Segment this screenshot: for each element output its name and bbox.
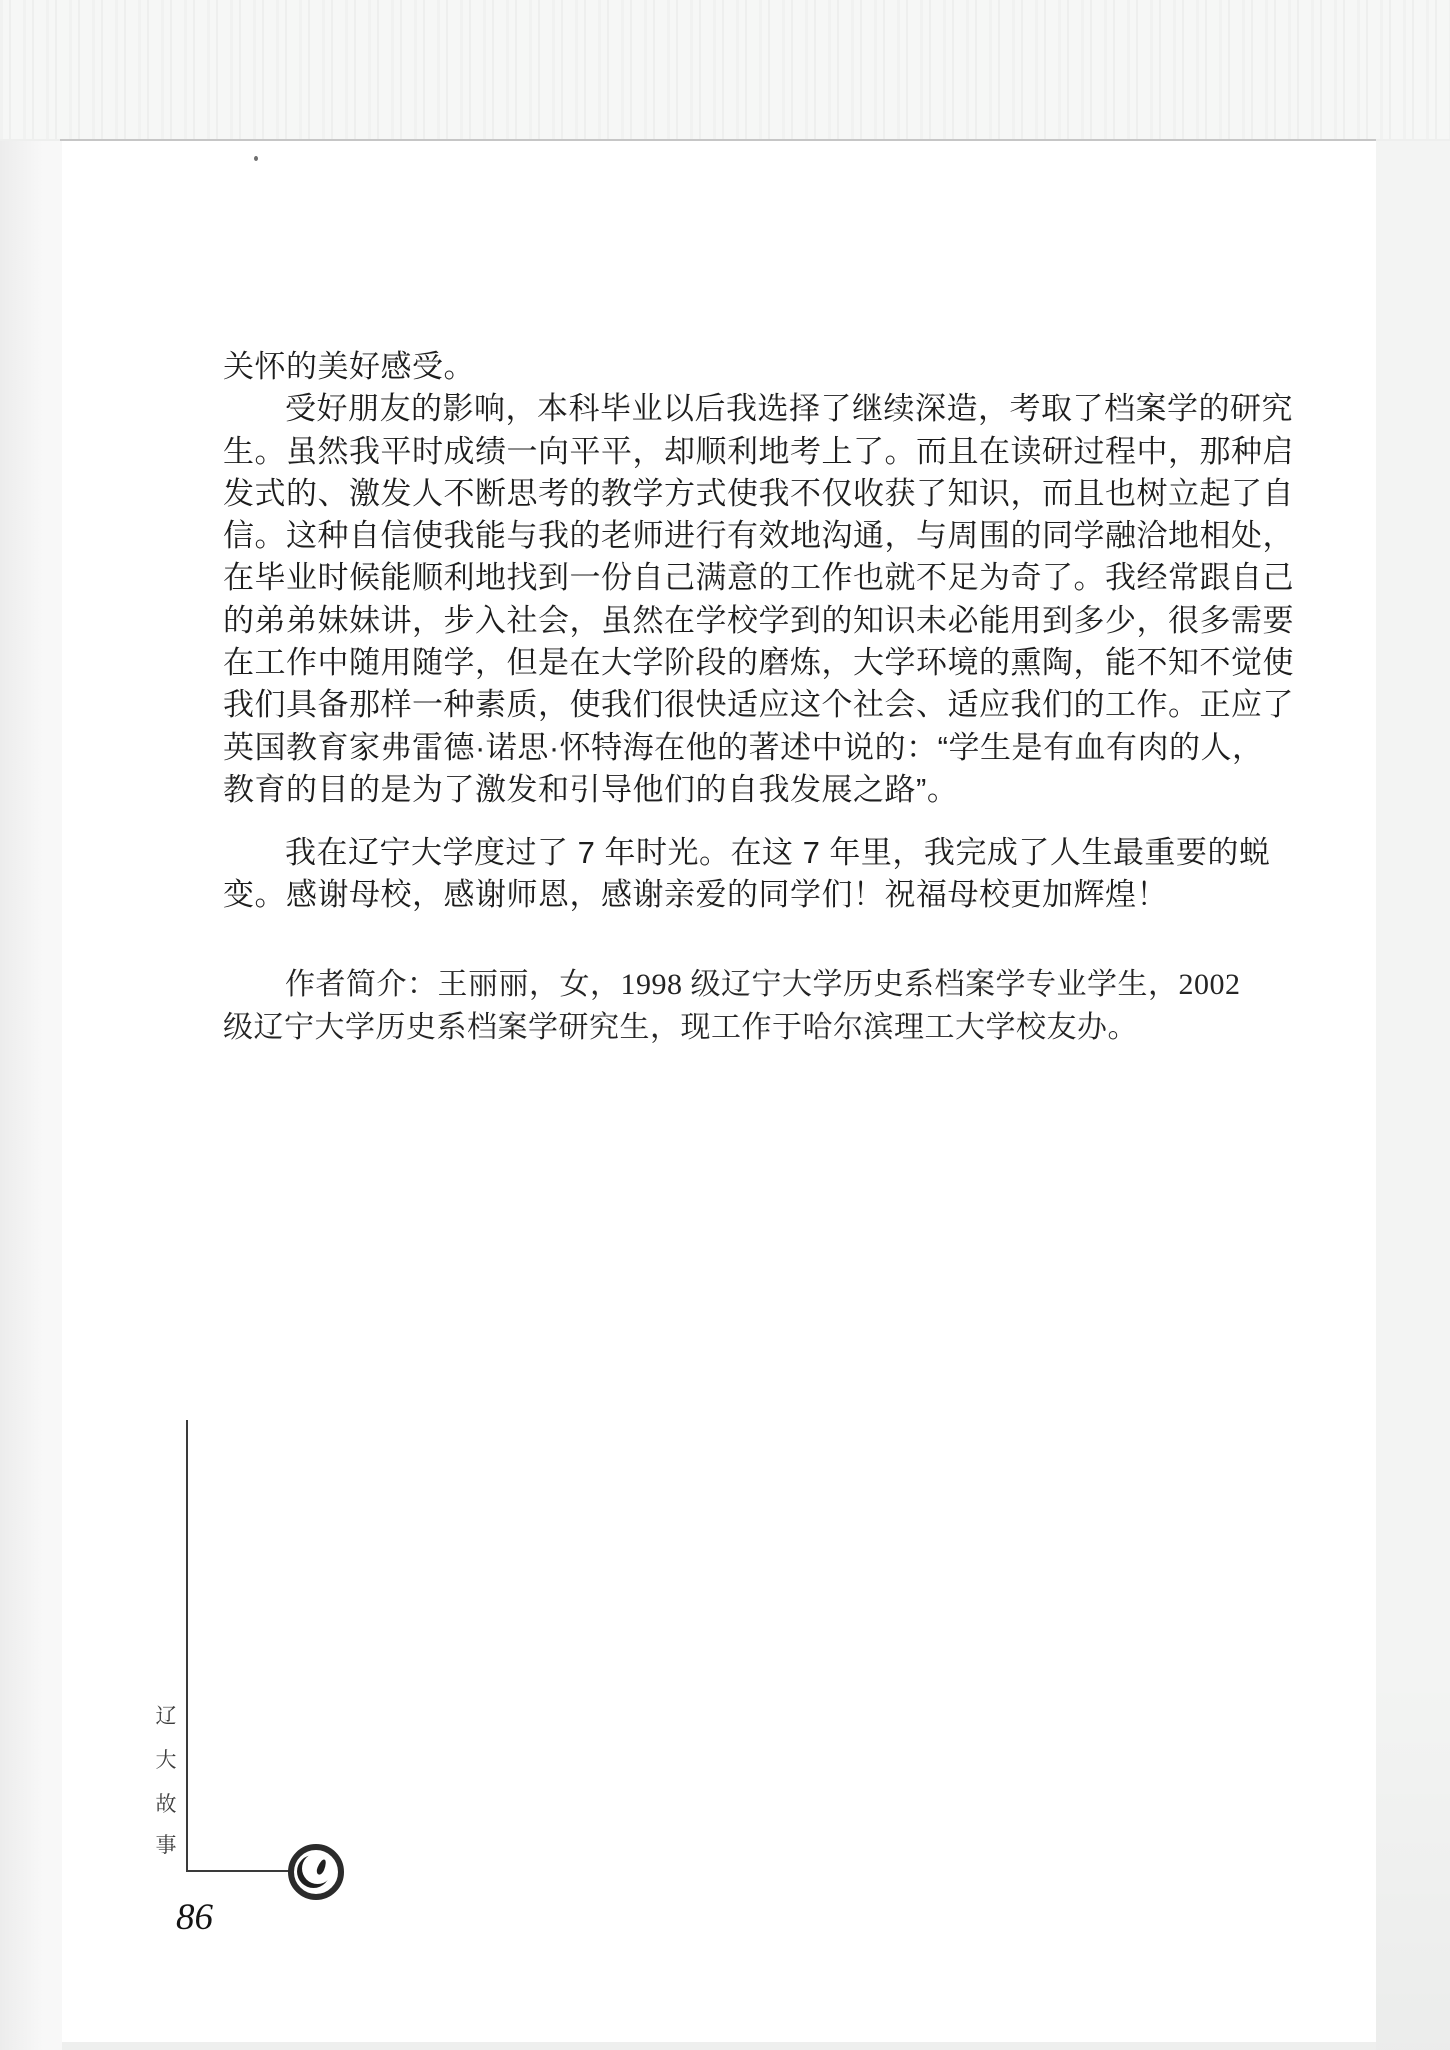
body-line: 信。这种自信使我能与我的老师进行有效地沟通，与周围的同学融洽地相处， bbox=[223, 515, 1258, 557]
series-title-char: 大 bbox=[150, 1746, 182, 1776]
body-line: 的弟弟妹妹讲，步入社会，虽然在学校学到的知识未必能用到多少，很多需要 bbox=[223, 600, 1258, 642]
margin-rule-vertical bbox=[186, 1420, 188, 1872]
scanner-edge-right bbox=[1376, 141, 1450, 2050]
crescent-seal-icon bbox=[288, 1844, 344, 1900]
body-text-block: 关怀的美好感受。 受好朋友的影响，本科毕业以后我选择了继续深造，考取了档案学的研… bbox=[223, 346, 1258, 916]
body-line: 变。感谢母校，感谢师恩，感谢亲爱的同学们！祝福母校更加辉煌！ bbox=[223, 874, 1258, 916]
body-line: 英国教育家弗雷德·诺思·怀特海在他的著述中说的：“学生是有血有肉的人， bbox=[223, 727, 1258, 769]
author-bio-line: 级辽宁大学历史系档案学研究生，现工作于哈尔滨理工大学校友办。 bbox=[223, 1007, 1258, 1050]
scanned-book-page-view: 关怀的美好感受。 受好朋友的影响，本科毕业以后我选择了继续深造，考取了档案学的研… bbox=[0, 0, 1450, 2050]
body-line: 受好朋友的影响，本科毕业以后我选择了继续深造，考取了档案学的研究 bbox=[223, 388, 1258, 430]
series-title-char: 事 bbox=[150, 1831, 182, 1861]
body-line: 生。虽然我平时成绩一向平平，却顺利地考上了。而且在读研过程中，那种启 bbox=[223, 431, 1258, 473]
body-line: 在毕业时候能顺利地找到一份自己满意的工作也就不足为奇了。我经常跟自己 bbox=[223, 557, 1258, 599]
body-line: 关怀的美好感受。 bbox=[223, 346, 1258, 388]
page-number: 86 bbox=[176, 1896, 256, 1939]
margin-rule-horizontal bbox=[186, 1870, 290, 1872]
author-bio-block: 作者简介：王丽丽，女，1998 级辽宁大学历史系档案学专业学生，2002 级辽宁… bbox=[223, 964, 1258, 1049]
scanner-edge-left bbox=[0, 141, 62, 2050]
series-title-char: 辽 bbox=[150, 1702, 182, 1732]
body-line: 我们具备那样一种素质，使我们很快适应这个社会、适应我们的工作。正应了 bbox=[223, 684, 1258, 726]
scan-speck bbox=[254, 156, 258, 161]
body-line: 教育的目的是为了激发和引导他们的自我发展之路”。 bbox=[223, 769, 1258, 811]
scanner-edge-top bbox=[0, 0, 1450, 139]
body-line: 发式的、激发人不断思考的教学方式使我不仅收获了知识，而且也树立起了自 bbox=[223, 473, 1258, 515]
body-line: 我在辽宁大学度过了 7 年时光。在这 7 年里，我完成了人生最重要的蜕 bbox=[223, 832, 1258, 874]
author-bio-line: 作者简介：王丽丽，女，1998 级辽宁大学历史系档案学专业学生，2002 bbox=[223, 964, 1258, 1007]
body-line: 在工作中随用随学，但是在大学阶段的磨炼，大学环境的熏陶，能不知不觉使 bbox=[223, 642, 1258, 684]
series-title-char: 故 bbox=[150, 1790, 182, 1820]
